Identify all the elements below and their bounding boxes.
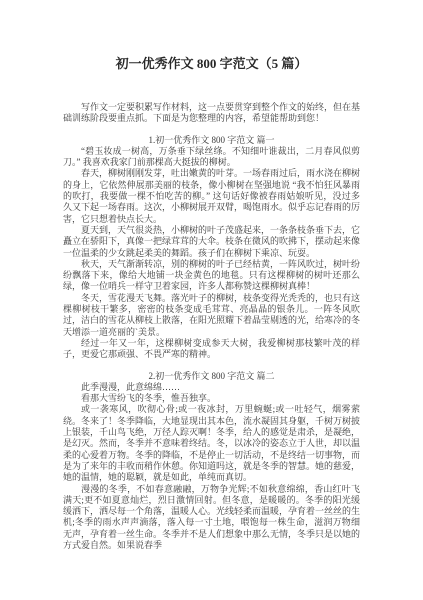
intro-paragraph: 写作文一定要积累写作材料，这一点要贯穿到整个作文的始终，但在基础训练阶段要重点抓… [63,102,360,125]
paragraph: 夏天到，天气很炎热，小柳树的叶子茂盛起来，一条条枝条垂下去，它矗立在骄阳下，真像… [63,225,360,259]
paragraph: 此季漫漫，此意绵绵…… [63,382,360,393]
paragraph: 春天，柳树刚刚发芽，吐出嫩黄的叶芽。一场春雨过后，雨水浇在柳树的身上，它依然伸展… [63,168,360,224]
paragraph: 秋天，天气渐渐转凉，别的柳树的叶子已经枯黄，一阵风吹过，树叶纷纷飘落下来，像给大… [63,259,360,293]
paragraph: 漫漫的冬季，不如春意融融，万物争光辉;不如秋意绵绵，香山红叶飞满天;更不如夏意灿… [63,484,360,552]
paragraph: 经过一年又一年，这棵柳树变成参天大树，我爱柳树那枝繁叶茂的样子，更爱它那顽强、不… [63,338,360,361]
essay-section: 2.初一优秀作文 800 字范文 篇二此季漫漫，此意绵绵……看那大雪纷飞的冬季，… [63,371,360,552]
paragraph: 看那大雪纷飞的冬季，惟吾独享。 [63,393,360,404]
section-heading: 2.初一优秀作文 800 字范文 篇二 [63,371,360,382]
document-title: 初一优秀作文 800 字范文（5 篇） [63,55,360,73]
essay-section: 1.初一优秀作文 800 字范文 篇一“碧玉妆成一树高，万条垂下绿丝绦。不知细叶… [63,135,360,361]
document-page: 初一优秀作文 800 字范文（5 篇） 写作文一定要积累写作材料，这一点要贯穿到… [0,0,423,600]
paragraph: 冬天，雪花漫天飞舞。落光叶子的柳树，枝条变得光秃秃的，也只有这棵柳树枝干繁多，密… [63,293,360,338]
sections: 1.初一优秀作文 800 字范文 篇一“碧玉妆成一树高，万条垂下绿丝绦。不知细叶… [63,135,360,552]
section-heading: 1.初一优秀作文 800 字范文 篇一 [63,135,360,146]
paragraph: “碧玉妆成一树高，万条垂下绿丝绦。不知细叶谁裁出，二月春风似剪刀。” 我喜欢我家… [63,146,360,169]
paragraph: 或一袭寒风，吹彻心骨;或一夜冰封，万里蜿蜒;或一吐轻气，烟雾萦绕。冬来了！冬季降… [63,404,360,483]
